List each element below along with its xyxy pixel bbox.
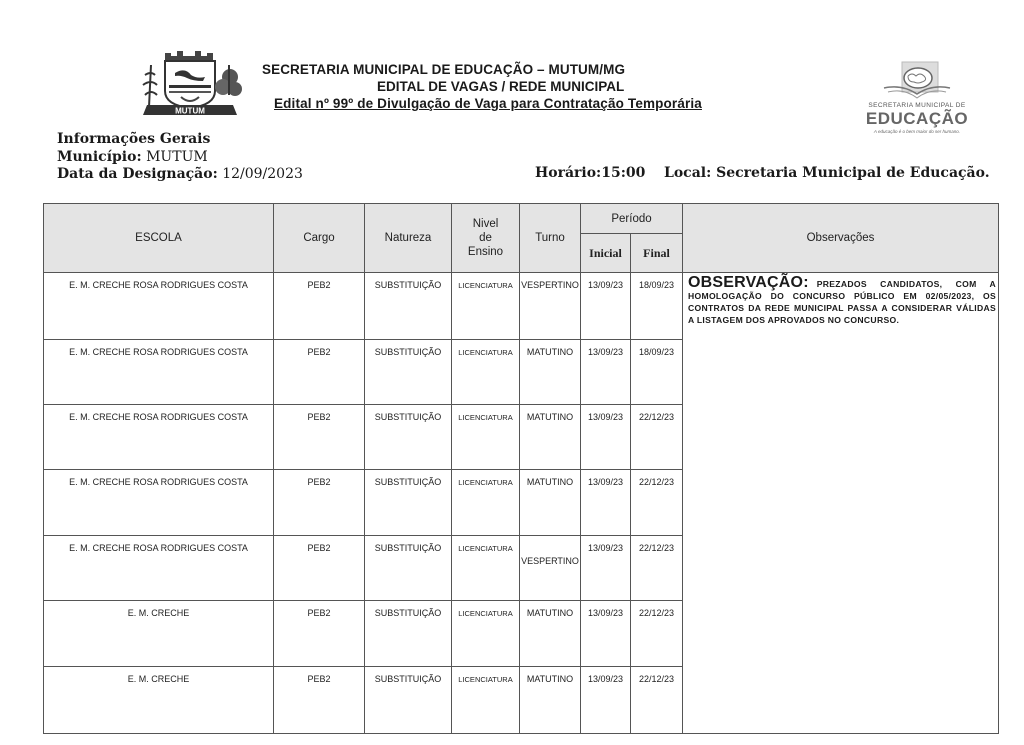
col-header-escola: ESCOLA (44, 204, 274, 273)
cell-final: 18/09/23 (631, 273, 683, 340)
cell-nivel: LICENCIATURA (452, 405, 520, 470)
observation-label: OBSERVAÇÃO: (688, 274, 809, 291)
cell-escola: E. M. CRECHE (44, 601, 274, 667)
cell-cargo: PEB2 (274, 601, 365, 667)
cell-cargo: PEB2 (274, 273, 365, 340)
info-title: Informações Gerais (57, 131, 210, 147)
cell-final: 22/12/23 (631, 405, 683, 470)
cell-escola: E. M. CRECHE ROSA RODRIGUES COSTA (44, 273, 274, 340)
cell-cargo: PEB2 (274, 536, 365, 601)
col-header-final: Final (631, 234, 683, 273)
municipio-value: MUTUM (146, 149, 208, 165)
cell-cargo: PEB2 (274, 667, 365, 733)
cell-nivel: LICENCIATURA (452, 536, 520, 601)
header-edital-number: Edital nº 99º de Divulgação de Vaga para… (274, 96, 732, 111)
cell-turno: VESPERTINO (520, 536, 581, 601)
cell-inicial: 13/09/23 (581, 470, 631, 536)
cell-turno: VESPERTINO (520, 273, 581, 340)
cell-inicial: 13/09/23 (581, 601, 631, 667)
general-info: Informações Gerais Município: MUTUM Data… (57, 131, 303, 184)
data-designacao-value: 12/09/2023 (222, 166, 303, 182)
header-edital-vagas: EDITAL DE VAGAS / REDE MUNICIPAL (377, 79, 732, 94)
cell-escola: E. M. CRECHE ROSA RODRIGUES COSTA (44, 405, 274, 470)
cell-final: 22/12/23 (631, 470, 683, 536)
observation-cell: OBSERVAÇÃO:PREZADOS CANDIDATOS, COM A HO… (683, 273, 999, 734)
col-header-inicial: Inicial (581, 234, 631, 273)
cell-natureza: SUBSTITUIÇÃO (365, 405, 452, 470)
municipal-crest-logo: MUTUM (135, 45, 250, 123)
cell-turno: MATUTINO (520, 601, 581, 667)
cell-escola: E. M. CRECHE ROSA RODRIGUES COSTA (44, 340, 274, 405)
cell-nivel: LICENCIATURA (452, 273, 520, 340)
cell-turno: MATUTINO (520, 405, 581, 470)
cell-escola: E. M. CRECHE ROSA RODRIGUES COSTA (44, 536, 274, 601)
cell-turno: MATUTINO (520, 470, 581, 536)
observation-note: OBSERVAÇÃO:PREZADOS CANDIDATOS, COM A HO… (688, 277, 996, 326)
cell-cargo: PEB2 (274, 405, 365, 470)
cell-escola: E. M. CRECHE ROSA RODRIGUES COSTA (44, 470, 274, 536)
secretaria-educacao-logo: SECRETARIA MUNICIPAL DE EDUCAÇÃO A educa… (862, 58, 972, 138)
cell-nivel: LICENCIATURA (452, 601, 520, 667)
cell-natureza: SUBSTITUIÇÃO (365, 667, 452, 733)
cell-inicial: 13/09/23 (581, 667, 631, 733)
cell-cargo: PEB2 (274, 470, 365, 536)
col-header-observacoes: Observações (683, 204, 998, 273)
cell-inicial: 13/09/23 (581, 340, 631, 405)
cell-nivel: LICENCIATURA (452, 470, 520, 536)
cell-inicial: 13/09/23 (581, 536, 631, 601)
cell-turno: MATUTINO (520, 667, 581, 733)
cell-escola: E. M. CRECHE (44, 667, 274, 733)
col-header-cargo: Cargo (274, 204, 365, 273)
cell-nivel: LICENCIATURA (452, 667, 520, 733)
svg-text:MUTUM: MUTUM (175, 107, 205, 116)
cell-natureza: SUBSTITUIÇÃO (365, 536, 452, 601)
data-designacao-label: Data da Designação: (57, 166, 218, 182)
brain-book-icon (862, 58, 972, 104)
cell-final: 22/12/23 (631, 667, 683, 733)
cell-inicial: 13/09/23 (581, 273, 631, 340)
cell-inicial: 13/09/23 (581, 405, 631, 470)
col-header-periodo: Período (581, 204, 683, 234)
col-header-natureza: Natureza (365, 204, 452, 273)
local: Local: Secretaria Municipal de Educação. (664, 165, 990, 181)
cell-turno: MATUTINO (520, 340, 581, 405)
vacancies-table: ESCOLA Cargo Natureza Nivel de Ensino Tu… (43, 203, 999, 734)
cell-final: 18/09/23 (631, 340, 683, 405)
cell-final: 22/12/23 (631, 601, 683, 667)
cell-cargo: PEB2 (274, 340, 365, 405)
col-header-nivel: Nivel de Ensino (452, 204, 520, 273)
cell-natureza: SUBSTITUIÇÃO (365, 340, 452, 405)
header-secretaria: SECRETARIA MUNICIPAL DE EDUCAÇÃO – MUTUM… (262, 62, 732, 77)
cell-nivel: LICENCIATURA (452, 340, 520, 405)
municipio-label: Município: (57, 149, 142, 165)
horario-value: 15:00 (601, 165, 645, 181)
col-header-turno: Turno (520, 204, 581, 273)
cell-final: 22/12/23 (631, 536, 683, 601)
document-header: SECRETARIA MUNICIPAL DE EDUCAÇÃO – MUTUM… (262, 62, 732, 111)
cell-natureza: SUBSTITUIÇÃO (365, 601, 452, 667)
horario: Horário:15:00 (535, 165, 645, 181)
cell-natureza: SUBSTITUIÇÃO (365, 273, 452, 340)
cell-natureza: SUBSTITUIÇÃO (365, 470, 452, 536)
